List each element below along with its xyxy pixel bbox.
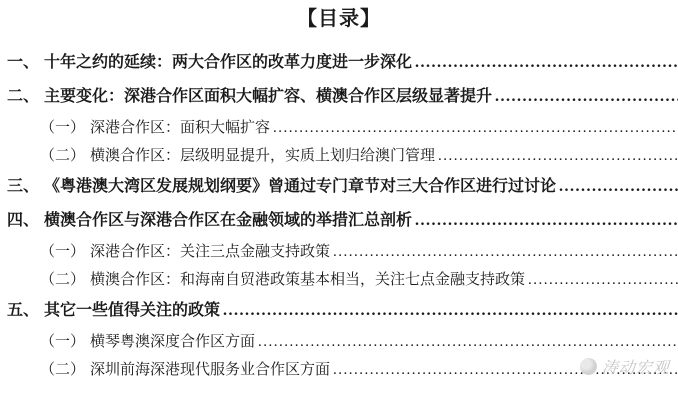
dot-leader [273, 114, 678, 142]
toc-entry-number: （二） [40, 142, 85, 170]
page-title: 【目录】 [0, 0, 678, 31]
dot-leader [258, 328, 678, 356]
toc-entry: （二） 深圳前海深港现代服务业合作区方面 [7, 356, 678, 384]
toc-entry-number: （一） [40, 114, 85, 142]
dot-leader [528, 266, 678, 294]
dot-leader [333, 238, 678, 266]
toc-entry-number: 三、 [7, 170, 39, 204]
toc-entry-label: 深港合作区：关注三点金融支持政策 [90, 238, 330, 266]
dot-leader [223, 294, 678, 328]
toc-entry-number: （二） [40, 266, 85, 294]
toc-entry: 五、 其它一些值得关注的政策 [7, 294, 678, 328]
watermark-logo-icon [580, 358, 597, 375]
toc-entry-number: （二） [40, 356, 85, 384]
toc-entry: （一） 横琴粤澳深度合作区方面 [7, 328, 678, 356]
toc-entry: （二） 横澳合作区：层级明显提升，实质上划归给澳门管理 [7, 142, 678, 170]
toc-entry: 四、 横澳合作区与深港合作区在金融领域的举措汇总剖析 [7, 204, 678, 238]
toc-entry-label: 横澳合作区：和海南自贸港政策基本相当，关注七点金融支持政策 [90, 266, 525, 294]
dot-leader [559, 170, 678, 204]
toc-entry-number: 二、 [7, 80, 39, 114]
toc-entry-number: （一） [40, 238, 85, 266]
toc-entry: 一、 十年之约的延续：两大合作区的改革力度进一步深化 [7, 46, 678, 80]
toc-entry-number: 四、 [7, 204, 39, 238]
toc-entry: （二） 横澳合作区：和海南自贸港政策基本相当，关注七点金融支持政策 [7, 266, 678, 294]
toc-entry-label: 主要变化：深港合作区面积大幅扩容、横澳合作区层级显著提升 [44, 80, 492, 114]
toc-entry-number: 一、 [7, 46, 39, 80]
watermark: 涛动宏观 [580, 353, 670, 379]
watermark-text: 涛动宏观 [601, 355, 671, 378]
toc-entry-label: 横琴粤澳深度合作区方面 [90, 328, 255, 356]
toc-entry-number: （一） [40, 328, 85, 356]
toc-entry-label: 横澳合作区：层级明显提升，实质上划归给澳门管理 [90, 142, 435, 170]
toc-entry-label: 深港合作区：面积大幅扩容 [90, 114, 270, 142]
dot-leader [495, 80, 678, 114]
toc-entry-label: 其它一些值得关注的政策 [44, 294, 220, 328]
toc-entry: （一） 深港合作区：关注三点金融支持政策 [7, 238, 678, 266]
toc-entry: （一） 深港合作区：面积大幅扩容 [7, 114, 678, 142]
toc-entry-label: 《粤港澳大湾区发展规划纲要》曾通过专门章节对三大合作区进行过讨论 [44, 170, 556, 204]
toc-entry-label: 横澳合作区与深港合作区在金融领域的举措汇总剖析 [44, 204, 412, 238]
toc-entry-label: 十年之约的延续：两大合作区的改革力度进一步深化 [44, 46, 412, 80]
toc-entry: 三、 《粤港澳大湾区发展规划纲要》曾通过专门章节对三大合作区进行过讨论 [7, 170, 678, 204]
dot-leader [415, 46, 678, 80]
dot-leader [415, 204, 678, 238]
toc-entry-label: 深圳前海深港现代服务业合作区方面 [90, 356, 330, 384]
table-of-contents: 一、 十年之约的延续：两大合作区的改革力度进一步深化 二、 主要变化：深港合作区… [0, 46, 678, 384]
dot-leader [438, 142, 678, 170]
toc-entry: 二、 主要变化：深港合作区面积大幅扩容、横澳合作区层级显著提升 [7, 80, 678, 114]
toc-entry-number: 五、 [7, 294, 39, 328]
